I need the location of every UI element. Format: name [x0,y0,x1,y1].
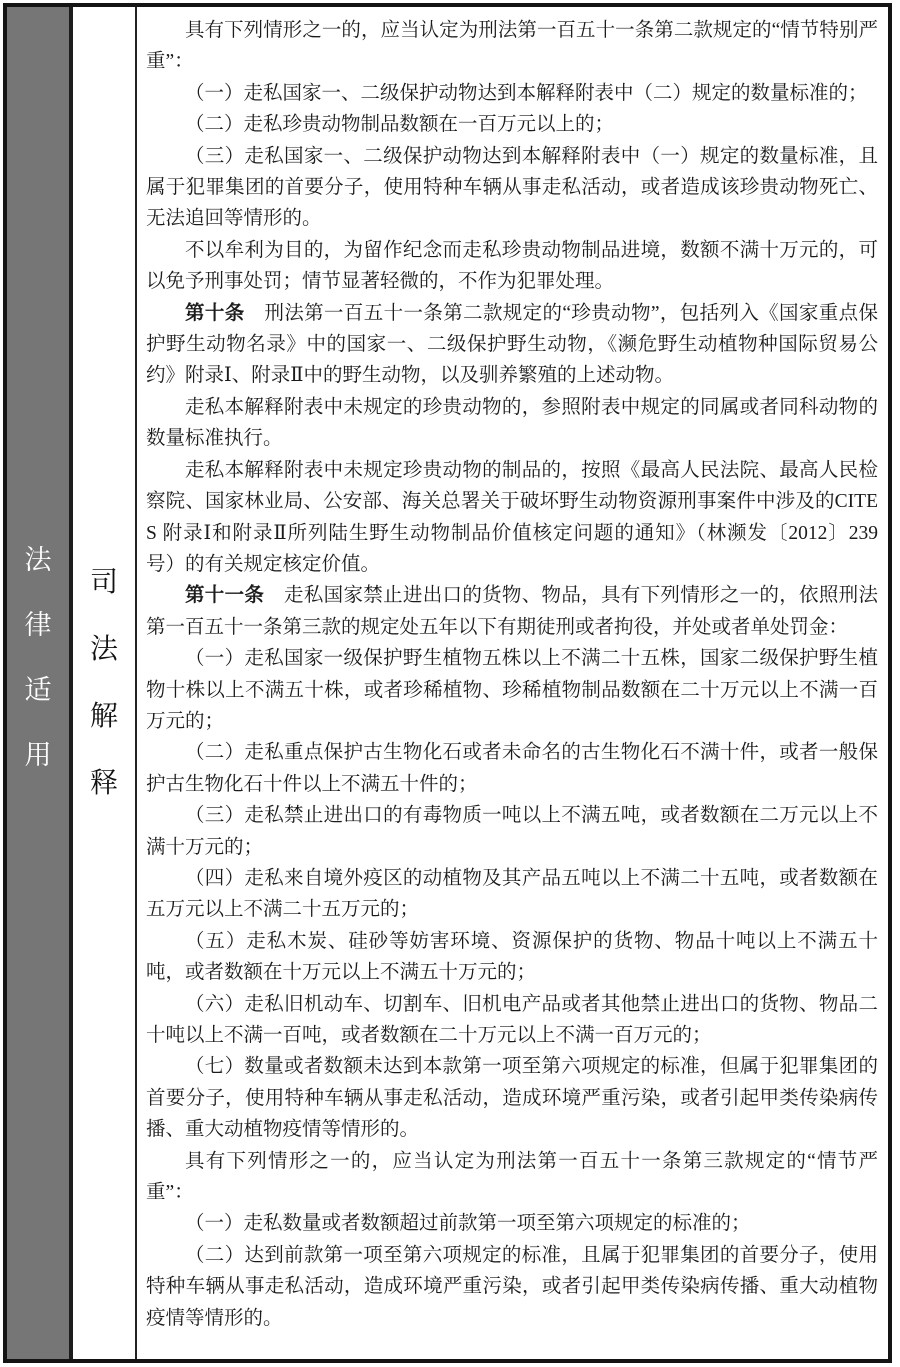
paragraph: （二）走私重点保护古生物化石或者未命名的古生物化石不满十件，或者一般保护古生物化… [146,737,878,800]
paragraph: （一）走私数量或者数额超过前款第一项至第六项规定的标准的； [146,1208,878,1239]
margin-column: 司法解释 [73,7,137,1359]
paragraph: （一）走私国家一级保护野生植物五株以上不满二十五株，国家二级保护野生植物十株以上… [146,643,878,737]
article-number: 第十条 [185,303,245,324]
document-body: 具有下列情形之一的，应当认定为刑法第一百五十一条第二款规定的“情节特别严重”：（… [137,7,888,1359]
margin-label: 司法解释 [73,569,135,798]
paragraph: 不以牟利为目的，为留作纪念而走私珍贵动物制品进境，数额不满十万元的，可以免予刑事… [146,235,878,298]
paragraph: （二）走私珍贵动物制品数额在一百万元以上的； [146,109,878,140]
paragraph: （七）数量或者数额未达到本款第一项至第六项规定的标准，但属于犯罪集团的首要分子，… [146,1051,878,1145]
paragraph: 走私本解释附表中未规定珍贵动物的制品的，按照《最高人民法院、最高人民检察院、国家… [146,455,878,581]
vertical-label-char: 适 [25,677,52,704]
article-number: 第十一条 [185,585,264,606]
vertical-label-char: 用 [25,742,52,769]
vertical-label-char: 解 [90,703,118,731]
page-frame: 法律适用 司法解释 具有下列情形之一的，应当认定为刑法第一百五十一条第二款规定的… [3,3,892,1363]
spine-column: 法律适用 [7,7,73,1359]
paragraph: （二）达到前款第一项至第六项规定的标准，且属于犯罪集团的首要分子，使用特种车辆从… [146,1240,878,1334]
vertical-label-char: 释 [90,770,118,798]
paragraph: （六）走私旧机动车、切割车、旧机电产品或者其他禁止进出口的货物、物品二十吨以上不… [146,989,878,1052]
vertical-label-char: 司 [90,569,118,597]
paragraph: （三）走私国家一、二级保护动物达到本解释附表中（一）规定的数量标准，且属于犯罪集… [146,141,878,235]
paragraph: 第十条 刑法第一百五十一条第二款规定的“珍贵动物”，包括列入《国家重点保护野生动… [146,298,878,392]
paragraph: （四）走私来自境外疫区的动植物及其产品五吨以上不满二十五吨，或者数额在五万元以上… [146,863,878,926]
vertical-label-char: 法 [25,547,52,574]
paragraph: 走私本解释附表中未规定的珍贵动物的，参照附表中规定的同属或者同科动物的数量标准执… [146,392,878,455]
spine-label: 法律适用 [7,547,69,769]
paragraph: 具有下列情形之一的，应当认定为刑法第一百五十一条第三款规定的“情节严重”： [146,1146,878,1209]
paragraph: （三）走私禁止进出口的有毒物质一吨以上不满五吨，或者数额在二万元以上不满十万元的… [146,800,878,863]
paragraph: （一）走私国家一、二级保护动物达到本解释附表中（二）规定的数量标准的； [146,78,878,109]
paragraph: （五）走私木炭、硅砂等妨害环境、资源保护的货物、物品十吨以上不满五十吨，或者数额… [146,926,878,989]
paragraph: 具有下列情形之一的，应当认定为刑法第一百五十一条第二款规定的“情节特别严重”： [146,15,878,78]
vertical-label-char: 律 [25,612,52,639]
paragraph: 第十一条 走私国家禁止进出口的货物、物品，具有下列情形之一的，依照刑法第一百五十… [146,580,878,643]
vertical-label-char: 法 [90,636,118,664]
